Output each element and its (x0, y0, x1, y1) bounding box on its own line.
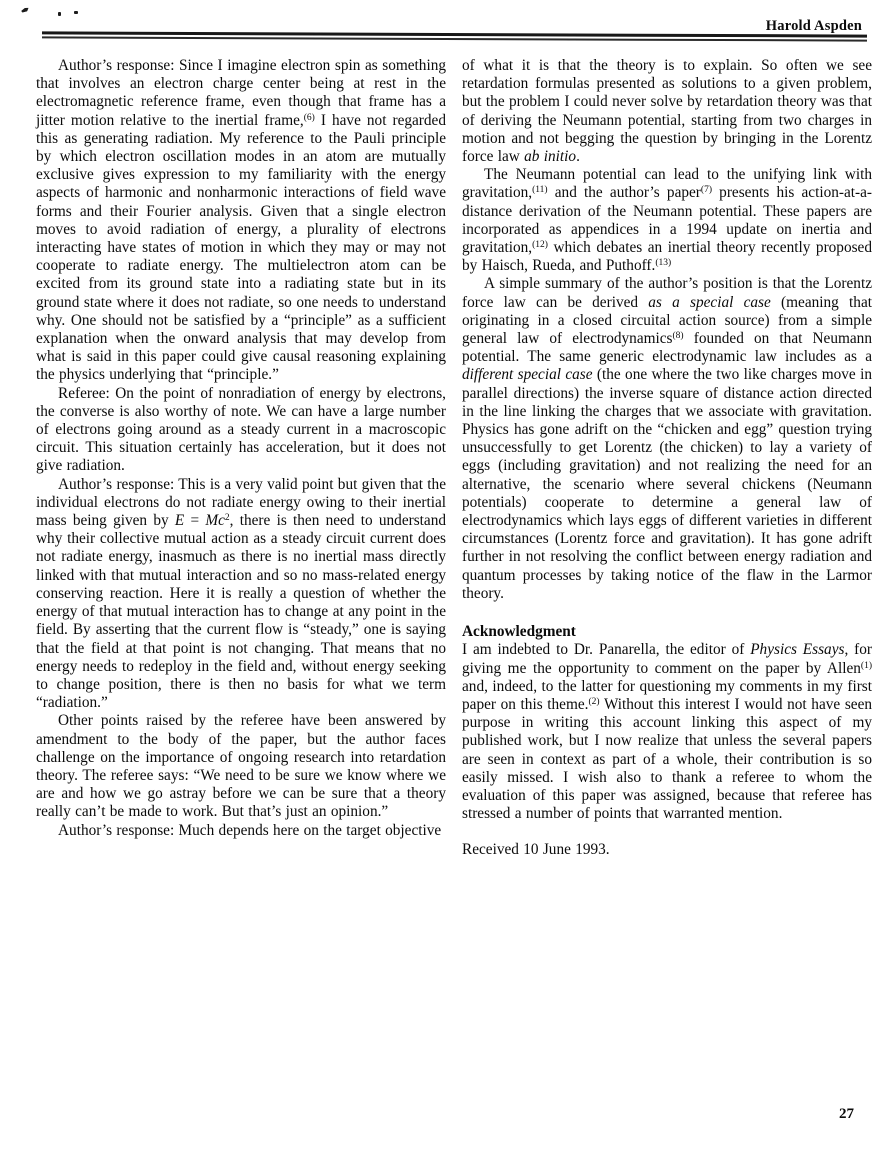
scan-speck (21, 7, 30, 13)
text-segment: as a special case (648, 294, 771, 311)
reference-superscript: (6) (304, 113, 315, 123)
two-column-text: Author’s response: Since I imagine elect… (36, 57, 872, 860)
reference-superscript: (1) (861, 661, 872, 671)
reference-superscript: (11) (532, 185, 547, 195)
paragraph: Author’s response: Since I imagine elect… (36, 57, 446, 385)
reference-superscript: (2) (589, 697, 600, 707)
scan-speck (58, 12, 61, 16)
reference-superscript: (8) (673, 331, 684, 341)
text-segment: Author’s response: Much depends here on … (58, 822, 441, 839)
text-segment: (the one where the two like charges move… (462, 366, 872, 601)
running-head-author: Harold Aspden (766, 18, 862, 35)
text-segment: I am indebted to Dr. Panarella, the edit… (462, 641, 750, 658)
paragraph: Author’s response: This is a very valid … (36, 476, 446, 713)
right-column: of what it is that the theory is to expl… (462, 57, 872, 860)
text-segment: E (175, 512, 184, 529)
text-segment: Physics Essays (750, 641, 844, 658)
text-segment: Mc (205, 512, 225, 529)
reference-superscript: (13) (655, 258, 671, 268)
text-segment: = (184, 512, 205, 529)
text-segment: . (576, 148, 580, 165)
text-segment: and the author’s paper (548, 184, 701, 201)
paragraph: Author’s response: Much depends here on … (36, 822, 446, 840)
text-segment: Received 10 June 1993. (462, 841, 610, 858)
text-segment: ab initio (524, 148, 576, 165)
header-rule (42, 31, 867, 41)
reference-superscript: (7) (701, 185, 712, 195)
header-rule-thin-line (42, 36, 867, 41)
paragraph: of what it is that the theory is to expl… (462, 57, 872, 166)
paragraph: Received 10 June 1993. (462, 841, 872, 859)
reference-superscript: (12) (532, 240, 548, 250)
text-segment: Without this interest I would not have s… (462, 696, 872, 822)
scan-speck (74, 11, 78, 14)
reference-superscript: 2 (225, 513, 230, 523)
text-segment: Other points raised by the referee have … (36, 712, 446, 820)
left-column: Author’s response: Since I imagine elect… (36, 57, 446, 860)
paragraph: The Neumann potential can lead to the un… (462, 166, 872, 275)
page-number: 27 (839, 1106, 854, 1123)
text-segment: I have not regarded this as generating r… (36, 112, 446, 384)
text-segment: Referee: On the point of nonradiation of… (36, 385, 446, 475)
text-segment: Acknowledgment (462, 623, 576, 640)
text-segment: , there is then need to understand why t… (36, 512, 446, 711)
journal-page: Harold Aspden Author’s response: Since I… (0, 0, 878, 1155)
paragraph: Other points raised by the referee have … (36, 712, 446, 821)
section-heading: Acknowledgment (462, 623, 872, 641)
paragraph: I am indebted to Dr. Panarella, the edit… (462, 641, 872, 823)
text-segment: different special case (462, 366, 593, 383)
paragraph: A simple summary of the author’s positio… (462, 275, 872, 603)
paragraph: Referee: On the point of nonradiation of… (36, 385, 446, 476)
